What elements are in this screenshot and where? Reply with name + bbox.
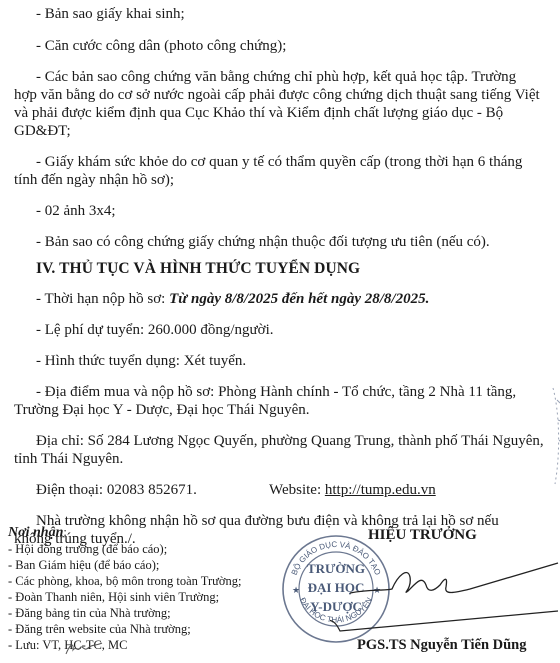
recipient-item: - Đăng trên website của Nhà trường; [8,622,191,637]
recipient-item: - Đăng bảng tin của Nhà trường; [8,606,171,621]
requirement-health-line1: - Giấy khám sức khỏe do cơ quan y tế có … [36,153,522,171]
requirement-diplomas-line4: GD&ĐT; [14,122,71,140]
location-line2: Trường Đại học Y - Dược, Đại học Thái Ng… [14,401,310,419]
requirement-diplomas-line3: và phải được kiểm định qua Cục Khảo thí … [14,104,503,122]
handwritten-signature-icon [330,545,560,645]
edge-stamp-fragment-icon [549,380,560,490]
requirement-photos: - 02 ảnh 3x4; [36,202,116,220]
recipient-item: - Hội đồng trường (để báo cáo); [8,542,167,557]
address-line2: tỉnh Thái Nguyên. [14,450,123,468]
method: - Hình thức tuyển dụng: Xét tuyển. [36,352,246,370]
recipient-item: - Đoàn Thanh niên, Hội sinh viên Trường; [8,590,219,605]
recipients-title: Nơi nhận: [8,525,67,541]
requirement-birth-certificate: - Bản sao giấy khai sinh; [36,5,185,23]
signer-title: HIỆU TRƯỞNG [368,527,477,544]
requirement-priority: - Bản sao có công chứng giấy chứng nhận … [36,233,490,251]
recipient-item: - Ban Giám hiệu (để báo cáo); [8,558,159,573]
svg-text:★: ★ [292,585,300,595]
requirement-diplomas-line1: - Các bản sao công chứng văn bằng chứng … [36,68,516,86]
signer-name: PGS.TS Nguyễn Tiến Dũng [357,637,527,654]
initial-signature-icon [64,640,104,658]
website: Website: http://tump.edu.vn [269,481,436,499]
requirement-diplomas-line2: hợp văn bằng do cơ sở nước ngoài cấp phả… [14,86,540,104]
website-link[interactable]: http://tump.edu.vn [325,482,436,498]
address-line1: Địa chỉ: Số 284 Lương Ngọc Quyến, phường… [36,432,544,450]
website-label: Website: [269,482,325,498]
phone: Điện thoại: 02083 852671. [36,481,197,499]
section-heading: IV. THỦ TỤC VÀ HÌNH THỨC TUYỂN DỤNG [36,260,360,278]
deadline: - Thời hạn nộp hồ sơ: Từ ngày 8/8/2025 đ… [36,290,429,308]
fee: - Lệ phí dự tuyển: 260.000 đồng/người. [36,321,274,339]
recipient-item: - Các phòng, khoa, bộ môn trong toàn Trư… [8,574,242,589]
requirement-health-line2: tính đến ngày nhận hồ sơ); [14,171,174,189]
deadline-label: - Thời hạn nộp hồ sơ: [36,291,169,307]
deadline-value: Từ ngày 8/8/2025 đến hết ngày 28/8/2025. [169,291,429,307]
requirement-citizen-id: - Căn cước công dân (photo công chứng); [36,37,286,55]
location-line1: - Địa điểm mua và nộp hồ sơ: Phòng Hành … [36,383,516,401]
